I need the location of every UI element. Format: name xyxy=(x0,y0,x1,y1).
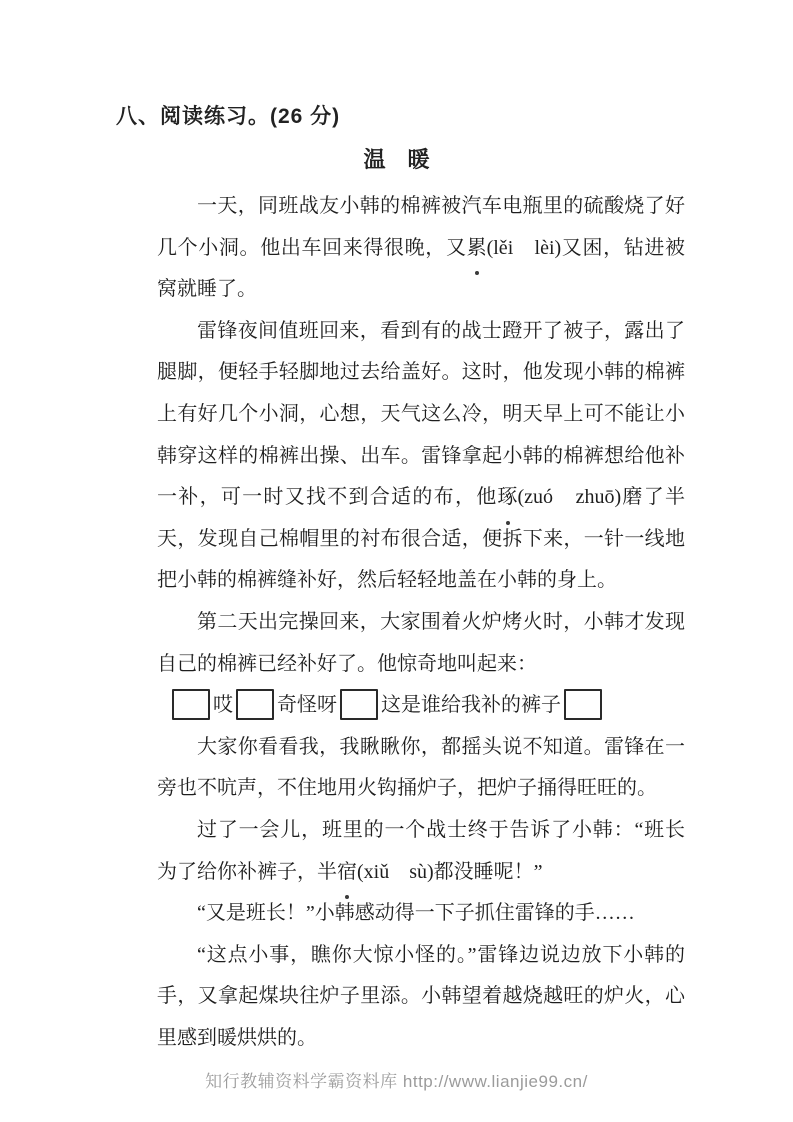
paragraph-text: 大家你看看我，我瞅瞅你，都摇头说不知道。雷锋在一旁也不吭声，不住地用火钩捅炉子，… xyxy=(157,736,685,800)
emphasis-dotted-char: 宿 xyxy=(337,852,357,894)
article-paragraph: 第二天出完操回来，大家围着火炉烤火时，小韩才发现自己的棉裤已经补好了。他惊奇地叫… xyxy=(157,602,685,685)
paragraph-text: 这是谁给我补的裤子 xyxy=(381,694,561,716)
section-heading: 八、阅读练习。(26 分) xyxy=(116,100,340,130)
article-paragraph: “这点小事，瞧你大惊小怪的。”雷锋边说边放下小韩的手，又拿起煤块往炉子里添。小韩… xyxy=(157,935,685,1060)
punctuation-answer-box[interactable] xyxy=(172,689,210,720)
footer-watermark: 知行教辅资料学霸资料库 http://www.lianjie99.cn/ xyxy=(0,1067,793,1092)
emphasis-dotted-char: 琢 xyxy=(498,477,518,519)
paragraph-text: “又是班长！”小韩感动得一下子抓住雷锋的手…… xyxy=(197,902,635,924)
paragraph-text: 哎 xyxy=(213,694,233,716)
paragraph-text: 第二天出完操回来，大家围着火炉烤火时，小韩才发现自己的棉裤已经补好了。他惊奇地叫… xyxy=(157,611,685,675)
punctuation-exercise-line: 哎奇怪呀这是谁给我补的裤子 xyxy=(157,685,685,727)
article-paragraph: 雷锋夜间值班回来，看到有的战士蹬开了被子，露出了腿脚，便轻手轻脚地过去给盖好。这… xyxy=(157,311,685,602)
punctuation-answer-box[interactable] xyxy=(340,689,378,720)
paragraph-text: “这点小事，瞧你大惊小怪的。”雷锋边说边放下小韩的手，又拿起煤块往炉子里添。小韩… xyxy=(157,944,685,1049)
article-title: 温 暖 xyxy=(0,143,793,174)
paragraph-text: 奇怪呀 xyxy=(277,694,337,716)
paragraph-text: 雷锋夜间值班回来，看到有的战士蹬开了被子，露出了腿脚，便轻手轻脚地过去给盖好。这… xyxy=(157,320,685,508)
article-paragraph: 大家你看看我，我瞅瞅你，都摇头说不知道。雷锋在一旁也不吭声，不住地用火钩捅炉子，… xyxy=(157,727,685,810)
article-paragraph: “又是班长！”小韩感动得一下子抓住雷锋的手…… xyxy=(157,893,685,935)
worksheet-page: 八、阅读练习。(26 分) 温 暖 一天，同班战友小韩的棉裤被汽车电瓶里的硫酸烧… xyxy=(0,0,793,1122)
paragraph-text: (xiǔ sù)都没睡呢！” xyxy=(357,861,543,883)
emphasis-dotted-char: 累 xyxy=(467,228,487,270)
punctuation-answer-box[interactable] xyxy=(564,689,602,720)
article-paragraph: 一天，同班战友小韩的棉裤被汽车电瓶里的硫酸烧了好几个小洞。他出车回来得很晚，又累… xyxy=(157,186,685,311)
article-paragraph: 过了一会儿，班里的一个战士终于告诉了小韩：“班长为了给你补裤子，半宿(xiǔ s… xyxy=(157,810,685,893)
punctuation-answer-box[interactable] xyxy=(236,689,274,720)
article-body: 一天，同班战友小韩的棉裤被汽车电瓶里的硫酸烧了好几个小洞。他出车回来得很晚，又累… xyxy=(157,186,685,1059)
